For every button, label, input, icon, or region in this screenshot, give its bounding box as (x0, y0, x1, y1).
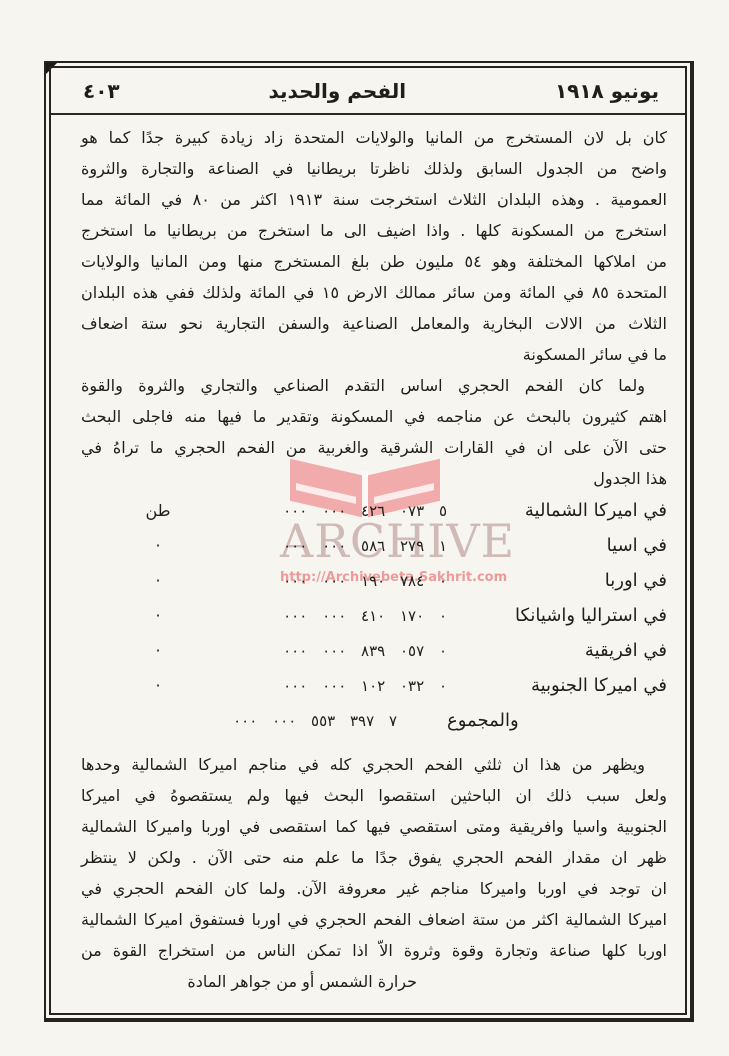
text-line: واضح من الجدول السابق ولذلك ناظرتا بريطا… (81, 153, 667, 184)
table-row: في اسيا ١ ٢٧٩ ٥٨٦ ٠٠٠ ٠٠٠ · (81, 535, 667, 570)
page-border-outer: يونيو ١٩١٨ الفحم والحديد ٤٠٣ كان بل لان … (44, 61, 694, 1022)
paragraph-2: ولما كان الفحم الحجري اساس التقدم الصناع… (81, 370, 667, 494)
text-line: العمومية . وهذه البلدان الثلاث استخرجت س… (81, 184, 667, 215)
page-number: ٤٠٣ (83, 79, 120, 103)
coal-reserves-table: في اميركا الشمالية ٥ ٠٧٣ ٤٢٦ ٠٠٠ ٠٠٠ طن … (81, 500, 667, 745)
total-label: والمجموع (397, 710, 667, 731)
article-body: كان بل لان المستخرج من المانيا والولايات… (51, 115, 685, 997)
region-label: في اميركا الجنوبية (447, 675, 667, 696)
text-line: من املاكها المختلفة وهو ٥٤ مليون طن بلغ … (81, 246, 667, 277)
page-header: يونيو ١٩١٨ الفحم والحديد ٤٠٣ (51, 68, 685, 115)
table-row: في اوربا ٠ ٧٨٤ ١٩٠ ٠٠٠ ٠٠٠ · (81, 570, 667, 605)
table-row: في اميركا الشمالية ٥ ٠٧٣ ٤٢٦ ٠٠٠ ٠٠٠ طن (81, 500, 667, 535)
text-line: ويظهر من هذا ان ثلثي الفحم الحجري كله في… (81, 749, 667, 780)
table-total-row: والمجموع ٧ ٣٩٧ ٥٥٣ ٠٠٠ ٠٠٠ (81, 710, 667, 745)
ditto-mark: · (134, 606, 182, 625)
ditto-mark: · (134, 641, 182, 660)
text-line: كان بل لان المستخرج من المانيا والولايات… (81, 122, 667, 153)
paragraph-3: ويظهر من هذا ان ثلثي الفحم الحجري كله في… (81, 749, 667, 997)
text-line: المتحدة ٨٥ في المائة ومن سائر ممالك الار… (81, 277, 667, 308)
region-label: في اسيا (447, 535, 667, 556)
text-line: اهتم كثيرون بالبحث عن مناجمه في المسكونة… (81, 401, 667, 432)
reserve-value: ٥ ٠٧٣ ٤٢٦ ٠٠٠ ٠٠٠ (182, 502, 447, 520)
page-border-inner: يونيو ١٩١٨ الفحم والحديد ٤٠٣ كان بل لان … (49, 66, 687, 1015)
ditto-mark: · (134, 571, 182, 590)
text-line: حرارة الشمس أو من جواهر المادة (81, 966, 417, 997)
region-label: في استراليا واشيانكا (447, 605, 667, 626)
ditto-mark: · (134, 536, 182, 555)
text-line: ما في سائر المسكونة (81, 339, 667, 370)
table-row: في استراليا واشيانكا ٠ ١٧٠ ٤١٠ ٠٠٠ ٠٠٠ · (81, 605, 667, 640)
reserve-value: ٠ ١٧٠ ٤١٠ ٠٠٠ ٠٠٠ (182, 607, 447, 625)
text-line: ظهر ان مقدار الفحم الحجري يفوق جدًا ما ع… (81, 842, 667, 873)
page-title: الفحم والحديد (120, 79, 555, 103)
reserve-value: ٠ ٧٨٤ ١٩٠ ٠٠٠ ٠٠٠ (182, 572, 447, 590)
table-row: في افريقية ٠ ٠٥٧ ٨٣٩ ٠٠٠ ٠٠٠ · (81, 640, 667, 675)
text-line: استخرج من المسكونة كلها . واذا اضيف الى … (81, 215, 667, 246)
region-label: في افريقية (447, 640, 667, 661)
text-line: اوربا كلها صناعة وتجارة وقوة وثروة الاّ … (81, 935, 667, 966)
text-line: ولما كان الفحم الحجري اساس التقدم الصناع… (81, 370, 667, 401)
text-line: ولعل سبب ذلك ان الباحثين استقصوا البحث ف… (81, 780, 667, 811)
reserve-value: ٠ ٠٣٢ ١٠٢ ٠٠٠ ٠٠٠ (182, 677, 447, 695)
paragraph-1: كان بل لان المستخرج من المانيا والولايات… (81, 122, 667, 370)
region-label: في اميركا الشمالية (447, 500, 667, 521)
text-line: حتى الآن على ان في القارات الشرقية والغر… (81, 432, 667, 463)
ditto-mark: · (134, 676, 182, 695)
text-line: اميركا الشمالية اكثر من ستة اضعاف الفحم … (81, 904, 667, 935)
text-line: الجنوبية واسيا وافريقية ومتى استقصي فيها… (81, 811, 667, 842)
reserve-value: ١ ٢٧٩ ٥٨٦ ٠٠٠ ٠٠٠ (182, 537, 447, 555)
scanned-magazine-page: ARCHIVE http://Archivebeta.Sakhrit.com ي… (0, 0, 729, 1056)
reserve-value: ٠ ٠٥٧ ٨٣٩ ٠٠٠ ٠٠٠ (182, 642, 447, 660)
table-row: في اميركا الجنوبية ٠ ٠٣٢ ١٠٢ ٠٠٠ ٠٠٠ · (81, 675, 667, 710)
unit-label: طن (134, 501, 182, 520)
text-line: هذا الجدول (81, 463, 667, 494)
text-line: ان توجد في اوربا واميركا مناجم غير معروف… (81, 873, 667, 904)
region-label: في اوربا (447, 570, 667, 591)
text-line: الثلاث من الالات البخارية والمعامل الصنا… (81, 308, 667, 339)
total-value: ٧ ٣٩٧ ٥٥٣ ٠٠٠ ٠٠٠ (132, 712, 397, 730)
issue-date: يونيو ١٩١٨ (555, 79, 659, 103)
